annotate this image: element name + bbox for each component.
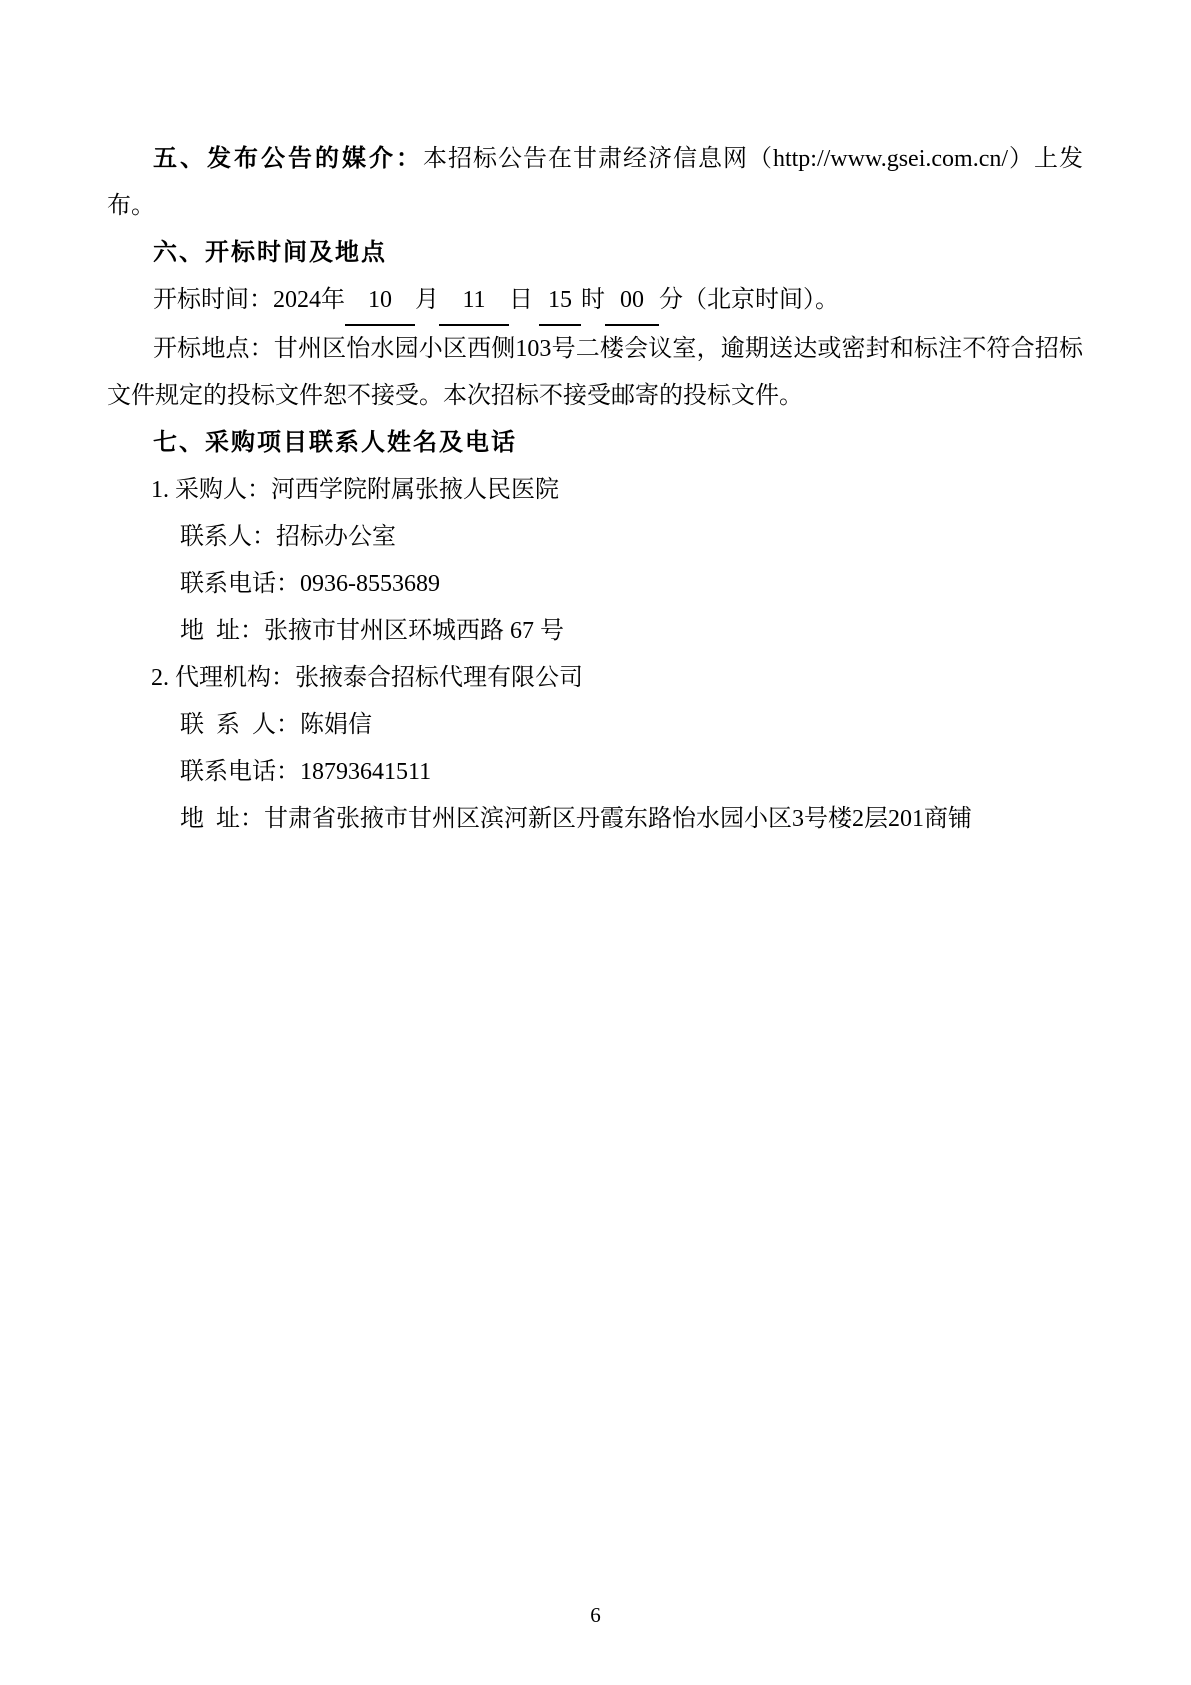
purchaser-address-line: 地 址：张掖市甘州区环城西路 67 号 bbox=[107, 608, 1083, 655]
opening-day-label: 日 bbox=[509, 287, 539, 313]
opening-month-label: 月 bbox=[415, 287, 439, 313]
section-publish-media-text: 本招标公告在甘肃经济信息网（http://www.gsei.com.cn/）上发 bbox=[423, 146, 1083, 172]
opening-time-line: 开标时间：2024年10月11日 15时00分（北京时间）。 bbox=[107, 277, 1083, 326]
section-bid-opening-heading: 六、开标时间及地点 bbox=[107, 230, 1083, 277]
page-number: 6 bbox=[0, 1600, 1191, 1630]
opening-time-tail: （北京时间）。 bbox=[683, 287, 839, 313]
section-publish-media-line1: 五、发布公告的媒介：本招标公告在甘肃经济信息网（http://www.gsei.… bbox=[107, 136, 1083, 183]
document-body: 五、发布公告的媒介：本招标公告在甘肃经济信息网（http://www.gsei.… bbox=[107, 136, 1083, 843]
purchaser-phone-line: 联系电话：0936-8553689 bbox=[107, 561, 1083, 608]
purchaser-title-line: 1. 采购人：河西学院附属张掖人民医院 bbox=[107, 467, 1083, 514]
section-publish-media-line2: 布。 bbox=[107, 183, 1083, 230]
opening-time-prefix: 开标时间：2024年 bbox=[153, 287, 345, 313]
opening-month-blank: 10 bbox=[345, 277, 415, 326]
purchaser-contact-line: 联系人：招标办公室 bbox=[107, 514, 1083, 561]
opening-minute-blank: 00 bbox=[605, 277, 659, 326]
section-publish-media-heading: 五、发布公告的媒介： bbox=[153, 146, 423, 172]
opening-minute-label: 分 bbox=[659, 287, 683, 313]
agency-phone-line: 联系电话：18793641511 bbox=[107, 749, 1083, 796]
opening-location-line1: 开标地点：甘州区怡水园小区西侧103号二楼会议室，逾期送达或密封和标注不符合招标 bbox=[107, 326, 1083, 373]
agency-title-line: 2. 代理机构：张掖泰合招标代理有限公司 bbox=[107, 655, 1083, 702]
agency-contact-line: 联 系 人：陈娟信 bbox=[107, 702, 1083, 749]
document-page: 五、发布公告的媒介：本招标公告在甘肃经济信息网（http://www.gsei.… bbox=[0, 0, 1191, 1685]
section-contacts-heading: 七、采购项目联系人姓名及电话 bbox=[107, 420, 1083, 467]
opening-hour-label: 时 bbox=[581, 287, 605, 313]
opening-location-line2: 文件规定的投标文件恕不接受。本次招标不接受邮寄的投标文件。 bbox=[107, 373, 1083, 420]
opening-day-blank: 11 bbox=[439, 277, 509, 326]
agency-address-line: 地 址：甘肃省张掖市甘州区滨河新区丹霞东路怡水园小区3号楼2层201商铺 bbox=[107, 796, 1083, 843]
opening-hour-blank: 15 bbox=[539, 277, 581, 326]
